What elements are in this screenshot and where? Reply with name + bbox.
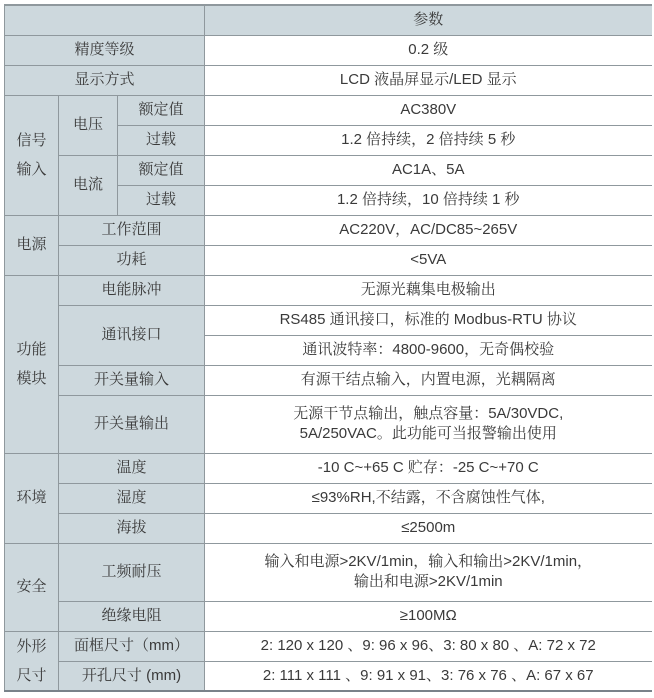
table-row: 功耗 <5VA	[5, 245, 652, 275]
safety-group-label: 安全	[5, 543, 59, 631]
table-row: 功能 模块 电能脉冲 无源光藕集电极输出	[5, 275, 652, 305]
frame-size-value: 2: 120 x 120 、9: 96 x 96、3: 80 x 80 、A: …	[205, 631, 652, 661]
humidity-value: ≤93%RH,不结露，不含腐蚀性气体,	[205, 483, 652, 513]
table-row: 电源 工作范围 AC220V，AC/DC85~265V	[5, 215, 652, 245]
altitude-value: ≤2500m	[205, 513, 652, 543]
power-range-value: AC220V，AC/DC85~265V	[205, 215, 652, 245]
table-row: 安全 工频耐压 输入和电源>2KV/1min，输入和输出>2KV/1min， 输…	[5, 543, 652, 601]
do-value: 无源干节点输出，触点容量：5A/30VDC, 5A/250VAC。此功能可当报警…	[205, 395, 652, 453]
table-row: 湿度 ≤93%RH,不结露，不含腐蚀性气体,	[5, 483, 652, 513]
voltage-overload-value: 1.2 倍持续，2 倍持续 5 秒	[205, 125, 652, 155]
voltage-rated-label: 额定值	[118, 95, 205, 125]
di-label: 开关量输入	[59, 365, 205, 395]
comm-label: 通讯接口	[59, 305, 205, 365]
temp-label: 温度	[59, 453, 205, 483]
table-row: 显示方式 LCD 液晶屏显示/LED 显示	[5, 65, 652, 95]
pulse-label: 电能脉冲	[59, 275, 205, 305]
insulation-label: 绝缘电阻	[59, 601, 205, 631]
accuracy-value: 0.2 级	[205, 35, 652, 65]
table-row: 开关量输入 有源干结点输入，内置电源，光耦隔离	[5, 365, 652, 395]
corner-cell	[5, 5, 205, 35]
voltage-overload-label: 过载	[118, 125, 205, 155]
current-overload-value: 1.2 倍持续，10 倍持续 1 秒	[205, 185, 652, 215]
hole-size-value: 2: 111 x 111 、9: 91 x 91、3: 76 x 76 、A: …	[205, 661, 652, 691]
env-group-label: 环境	[5, 453, 59, 543]
current-rated-label: 额定值	[118, 155, 205, 185]
spec-table: 参数 精度等级 0.2 级 显示方式 LCD 液晶屏显示/LED 显示 信号 输…	[4, 4, 652, 692]
power-group-label: 电源	[5, 215, 59, 275]
frame-size-label: 面框尺寸（mm）	[59, 631, 205, 661]
dimension-group-label: 外形 尺寸	[5, 631, 59, 691]
table-row: 环境 温度 -10 C~+65 C 贮存：-25 C~+70 C	[5, 453, 652, 483]
do-label: 开关量输出	[59, 395, 205, 453]
power-consumption-value: <5VA	[205, 245, 652, 275]
table-row: 精度等级 0.2 级	[5, 35, 652, 65]
hole-size-label: 开孔尺寸 (mm)	[59, 661, 205, 691]
table-row: 绝缘电阻 ≥100MΩ	[5, 601, 652, 631]
table-row: 通讯接口 RS485 通讯接口，标准的 Modbus-RTU 协议	[5, 305, 652, 335]
display-value: LCD 液晶屏显示/LED 显示	[205, 65, 652, 95]
withstand-value: 输入和电源>2KV/1min，输入和输出>2KV/1min， 输出和电源>2KV…	[205, 543, 652, 601]
accuracy-label: 精度等级	[5, 35, 205, 65]
table-row: 参数	[5, 5, 652, 35]
table-row: 外形 尺寸 面框尺寸（mm） 2: 120 x 120 、9: 96 x 96、…	[5, 631, 652, 661]
insulation-value: ≥100MΩ	[205, 601, 652, 631]
table-row: 开关量输出 无源干节点输出，触点容量：5A/30VDC, 5A/250VAC。此…	[5, 395, 652, 453]
function-group-label: 功能 模块	[5, 275, 59, 453]
withstand-label: 工频耐压	[59, 543, 205, 601]
voltage-group-label: 电压	[59, 95, 118, 155]
table-row: 电流 额定值 AC1A、5A	[5, 155, 652, 185]
pulse-value: 无源光藕集电极输出	[205, 275, 652, 305]
altitude-label: 海拔	[59, 513, 205, 543]
current-group-label: 电流	[59, 155, 118, 215]
di-value: 有源干结点输入，内置电源，光耦隔离	[205, 365, 652, 395]
comm-value-line2: 通讯波特率：4800-9600，无奇偶校验	[205, 335, 652, 365]
header-param: 参数	[205, 5, 652, 35]
power-consumption-label: 功耗	[59, 245, 205, 275]
humidity-label: 湿度	[59, 483, 205, 513]
voltage-rated-value: AC380V	[205, 95, 652, 125]
current-rated-value: AC1A、5A	[205, 155, 652, 185]
table-row: 信号 输入 电压 额定值 AC380V	[5, 95, 652, 125]
power-range-label: 工作范围	[59, 215, 205, 245]
current-overload-label: 过载	[118, 185, 205, 215]
signal-group-label: 信号 输入	[5, 95, 59, 215]
display-label: 显示方式	[5, 65, 205, 95]
table-row: 开孔尺寸 (mm) 2: 111 x 111 、9: 91 x 91、3: 76…	[5, 661, 652, 691]
table-row: 海拔 ≤2500m	[5, 513, 652, 543]
temp-value: -10 C~+65 C 贮存：-25 C~+70 C	[205, 453, 652, 483]
comm-value-line1: RS485 通讯接口，标准的 Modbus-RTU 协议	[205, 305, 652, 335]
